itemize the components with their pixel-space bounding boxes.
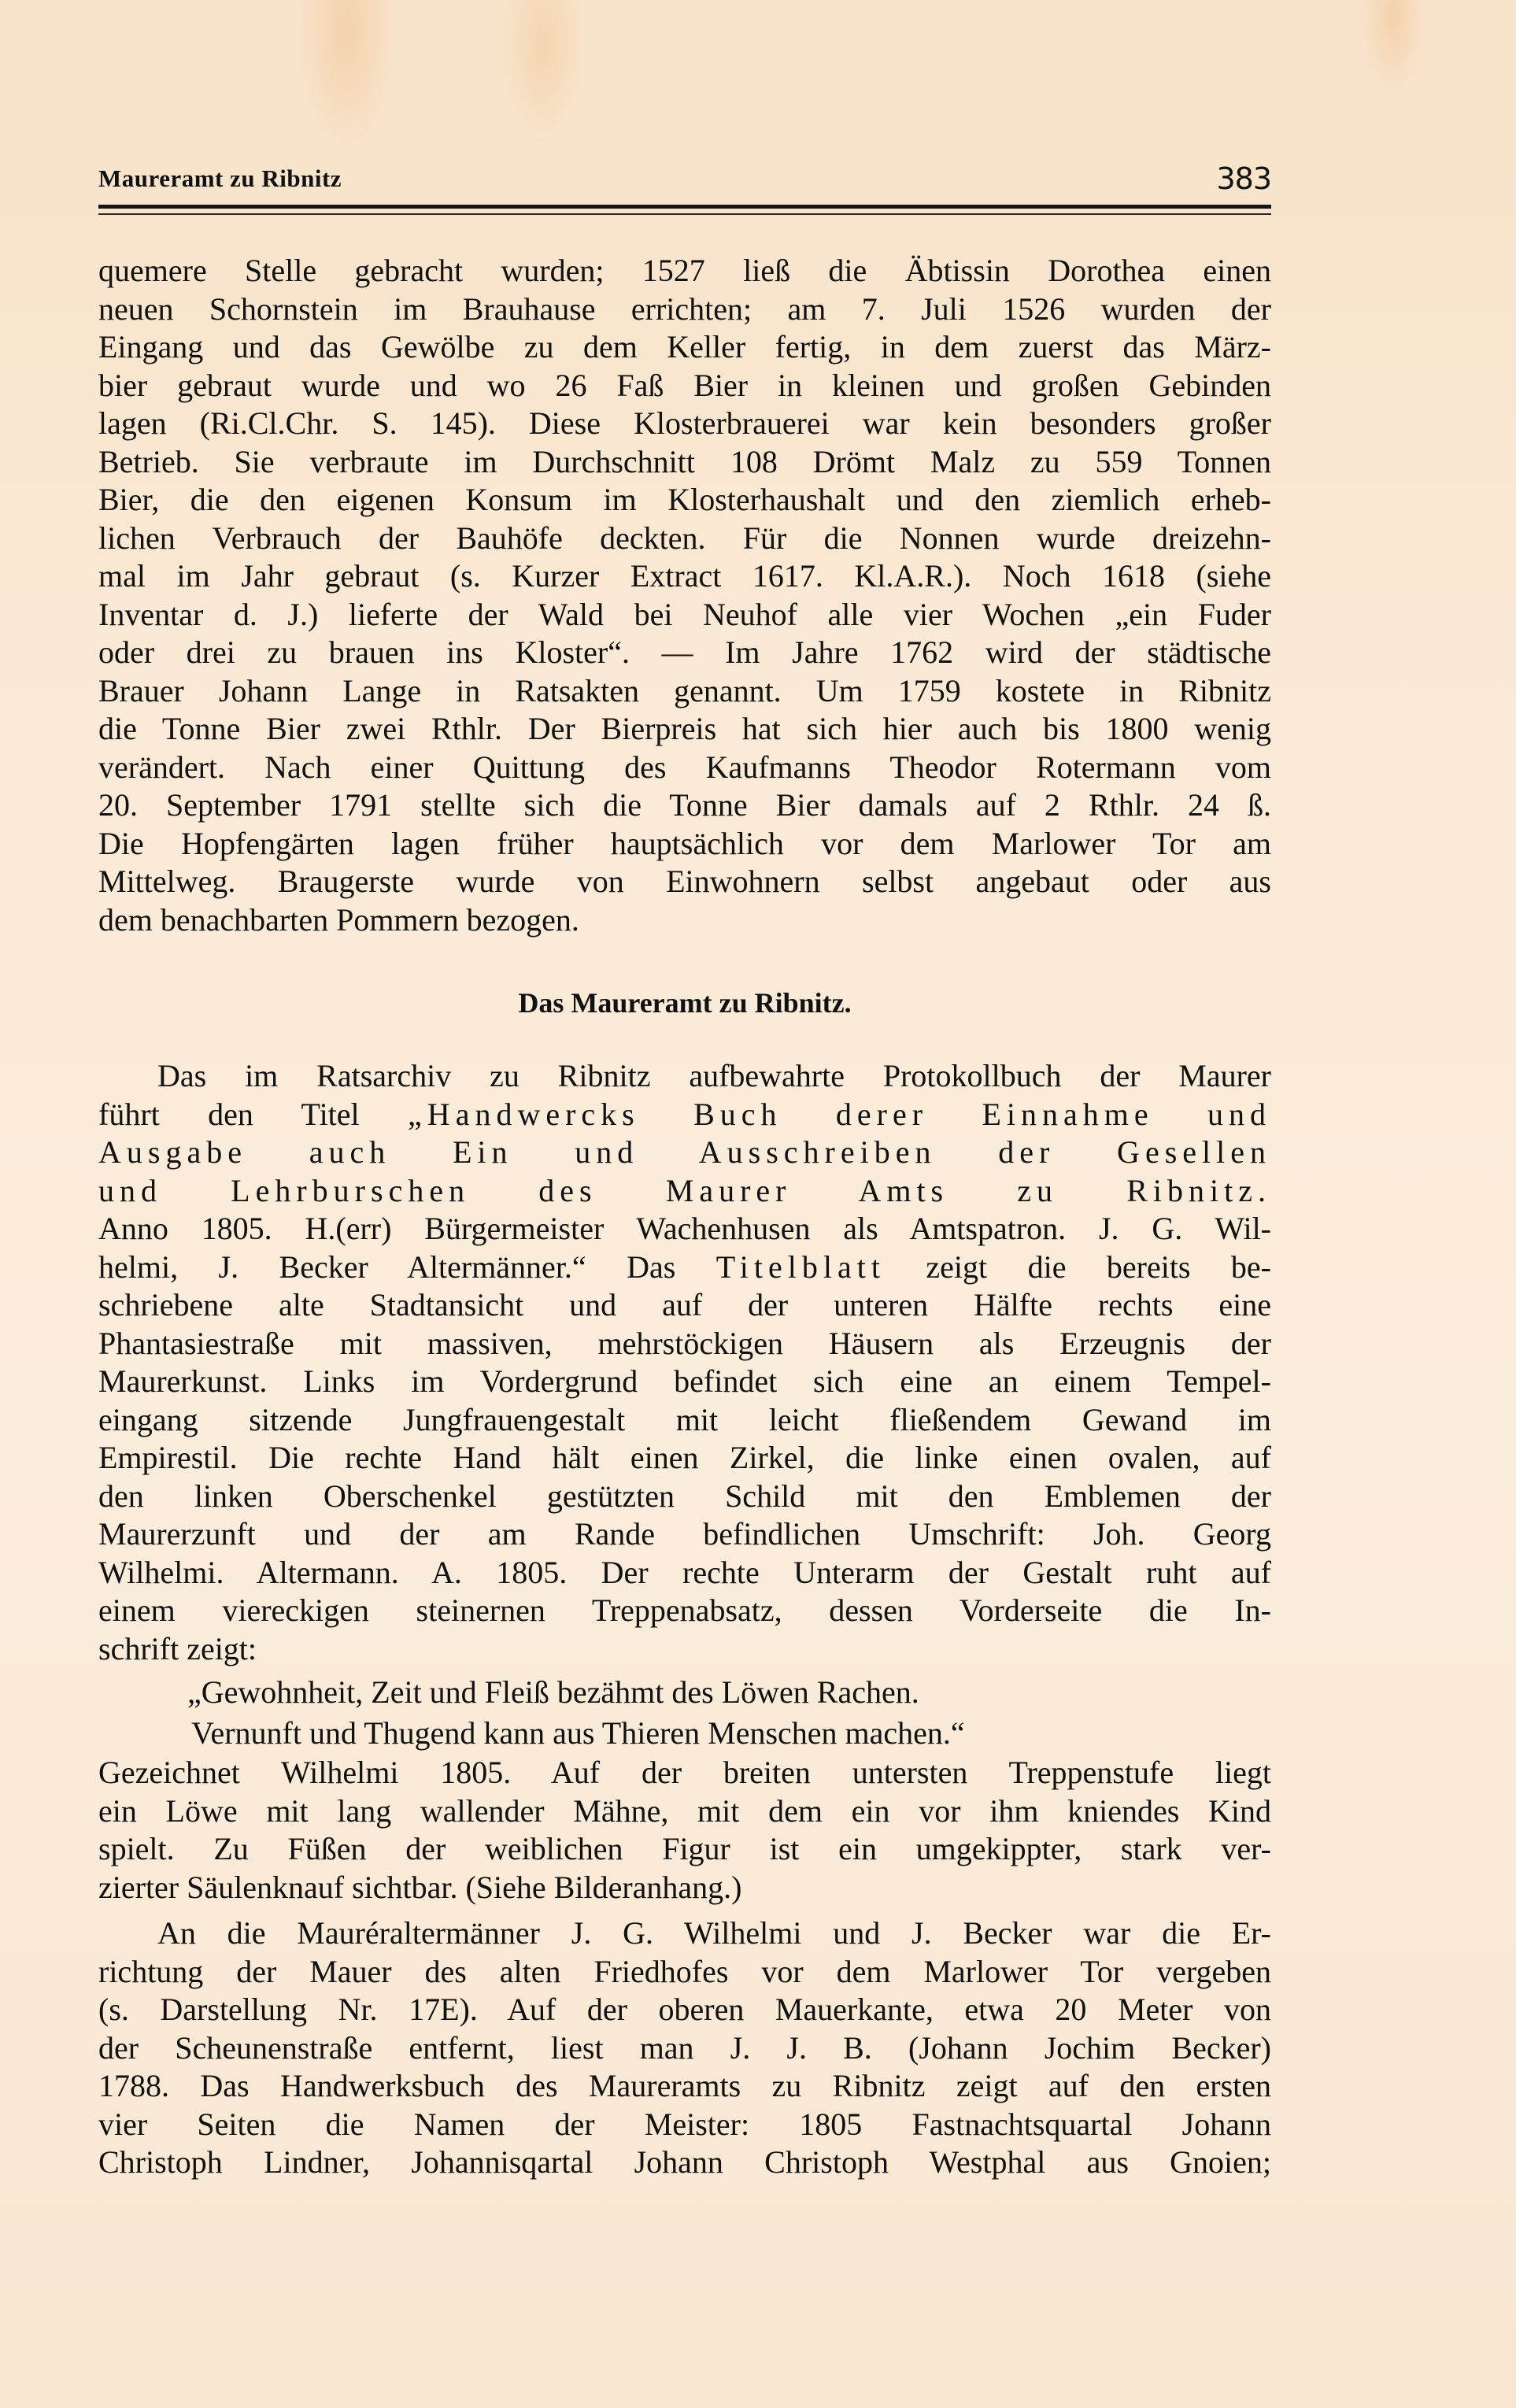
page-number: 383 <box>1216 161 1271 196</box>
text-line: Inventar d. J.) lieferte der Wald bei Ne… <box>98 596 1271 634</box>
text-line: Anno 1805. H.(err) Bürgermeister Wachenh… <box>98 1210 1271 1248</box>
text-line: lichen Verbrauch der Bauhöfe deckten. Fü… <box>98 520 1271 558</box>
text-line: Empirestil. Die rechte Hand hält einen Z… <box>98 1439 1271 1478</box>
text-line: Das im Ratsarchiv zu Ribnitz aufbewahrte… <box>98 1057 1271 1096</box>
text-line: dem benachbarten Pommern bezogen. <box>98 901 1271 940</box>
section-heading: Das Maureramt zu Ribnitz. <box>98 986 1271 1019</box>
paragraph-brewery: quemere Stelle gebracht wurden; 1527 lie… <box>98 252 1271 939</box>
text-line: vier Seiten die Namen der Meister: 1805 … <box>98 2106 1271 2144</box>
spaced-title-text: „Handwercks Buch derer Einnahme und <box>408 1097 1271 1132</box>
text-line: führt den Titel „Handwercks Buch derer E… <box>98 1096 1271 1134</box>
paragraph-protocol-book: Das im Ratsarchiv zu Ribnitz aufbewahrte… <box>98 1057 1271 1668</box>
quote-line: Vernunft und Thugend kann aus Thieren Me… <box>98 1713 1271 1754</box>
text-line: ein Löwe mit lang wallender Mähne, mit d… <box>98 1792 1271 1831</box>
text-line: Wilhelmi. Altermann. A. 1805. Der rechte… <box>98 1554 1271 1592</box>
text-fragment: zeigt die bereits be- <box>886 1249 1271 1285</box>
running-title: Maureramt zu Ribnitz <box>98 165 342 193</box>
text-line: 20. September 1791 stellte sich die Tonn… <box>98 786 1271 825</box>
header-rule-thick <box>98 205 1271 209</box>
spaced-title-text: Ausgabe auch Ein und Ausschreiben der Ge… <box>98 1134 1271 1172</box>
text-line: 1788. Das Handwerksbuch des Maureramts z… <box>98 2067 1271 2106</box>
text-line: helmi, J. Becker Altermänner.“ Das Titel… <box>98 1248 1271 1287</box>
text-line: Mittelweg. Braugerste wurde von Einwohne… <box>98 863 1271 901</box>
text-line: neuen Schornstein im Brauhause errichten… <box>98 290 1271 329</box>
header-rule-thin <box>98 213 1271 215</box>
text-line: zierter Säulenknauf sichtbar. (Siehe Bil… <box>98 1869 1271 1907</box>
running-header: Maureramt zu Ribnitz 383 <box>98 161 1271 198</box>
text-line: bier gebraut wurde und wo 26 Faß Bier in… <box>98 367 1271 405</box>
quote-line: „Gewohnheit, Zeit und Fleiß bezähmt des … <box>98 1672 1271 1713</box>
spaced-emphasis: Titelblatt <box>716 1249 886 1285</box>
text-line: (s. Darstellung Nr. 17E). Auf der oberen… <box>98 1991 1271 2029</box>
text-line: verändert. Nach einer Quittung des Kaufm… <box>98 749 1271 787</box>
text-line: Eingang und das Gewölbe zu dem Keller fe… <box>98 328 1271 367</box>
text-line: Christoph Lindner, Johannisqartal Johann… <box>98 2144 1271 2182</box>
text-line: mal im Jahr gebraut (s. Kurzer Extract 1… <box>98 557 1271 596</box>
text-line: An die Mauréraltermänner J. G. Wilhelmi … <box>98 1914 1271 1953</box>
text-line: spielt. Zu Füßen der weiblichen Figur is… <box>98 1830 1271 1869</box>
text-line: Maurerkunst. Links im Vordergrund befind… <box>98 1363 1271 1401</box>
spaced-title-text: und Lehrburschen des Maurer Amts zu Ribn… <box>98 1172 1271 1211</box>
text-line: Maurerzunft und der am Rande befindliche… <box>98 1515 1271 1554</box>
paragraph-cemetery-wall: An die Mauréraltermänner J. G. Wilhelmi … <box>98 1914 1271 2182</box>
text-line: Brauer Johann Lange in Ratsakten genannt… <box>98 672 1271 711</box>
text-line: schriebene alte Stadtansicht und auf der… <box>98 1286 1271 1325</box>
text-fragment: helmi, J. Becker Altermänner.“ Das <box>98 1249 716 1285</box>
text-line: die Tonne Bier zwei Rthlr. Der Bierpreis… <box>98 710 1271 749</box>
text-line: der Scheunenstraße entfernt, liest man J… <box>98 2029 1271 2068</box>
text-line: Gezeichnet Wilhelmi 1805. Auf der breite… <box>98 1754 1271 1792</box>
text-line: richtung der Mauer des alten Friedhofes … <box>98 1953 1271 1992</box>
text-line: lagen (Ri.Cl.Chr. S. 145). Diese Kloster… <box>98 405 1271 443</box>
text-line: Die Hopfengärten lagen früher hauptsächl… <box>98 825 1271 864</box>
inscription-quote: „Gewohnheit, Zeit und Fleiß bezähmt des … <box>98 1672 1271 1754</box>
text-line: Phantasiestraße mit massiven, mehrstöcki… <box>98 1325 1271 1363</box>
text-line: quemere Stelle gebracht wurden; 1527 lie… <box>98 252 1271 290</box>
paragraph-drawing: Gezeichnet Wilhelmi 1805. Auf der breite… <box>98 1754 1271 1907</box>
text-line: oder drei zu brauen ins Kloster“. — Im J… <box>98 634 1271 672</box>
text-line: eingang sitzende Jungfrauengestalt mit l… <box>98 1401 1271 1440</box>
text-line: den linken Oberschenkel gestützten Schil… <box>98 1478 1271 1516</box>
text-fragment: führt den Titel <box>98 1097 408 1132</box>
text-line: einem viereckigen steinernen Treppenabsa… <box>98 1592 1271 1630</box>
text-line: Bier, die den eigenen Konsum im Klosterh… <box>98 481 1271 520</box>
text-line: Betrieb. Sie verbraute im Durchschnitt 1… <box>98 443 1271 482</box>
text-line: schrift zeigt: <box>98 1630 1271 1669</box>
